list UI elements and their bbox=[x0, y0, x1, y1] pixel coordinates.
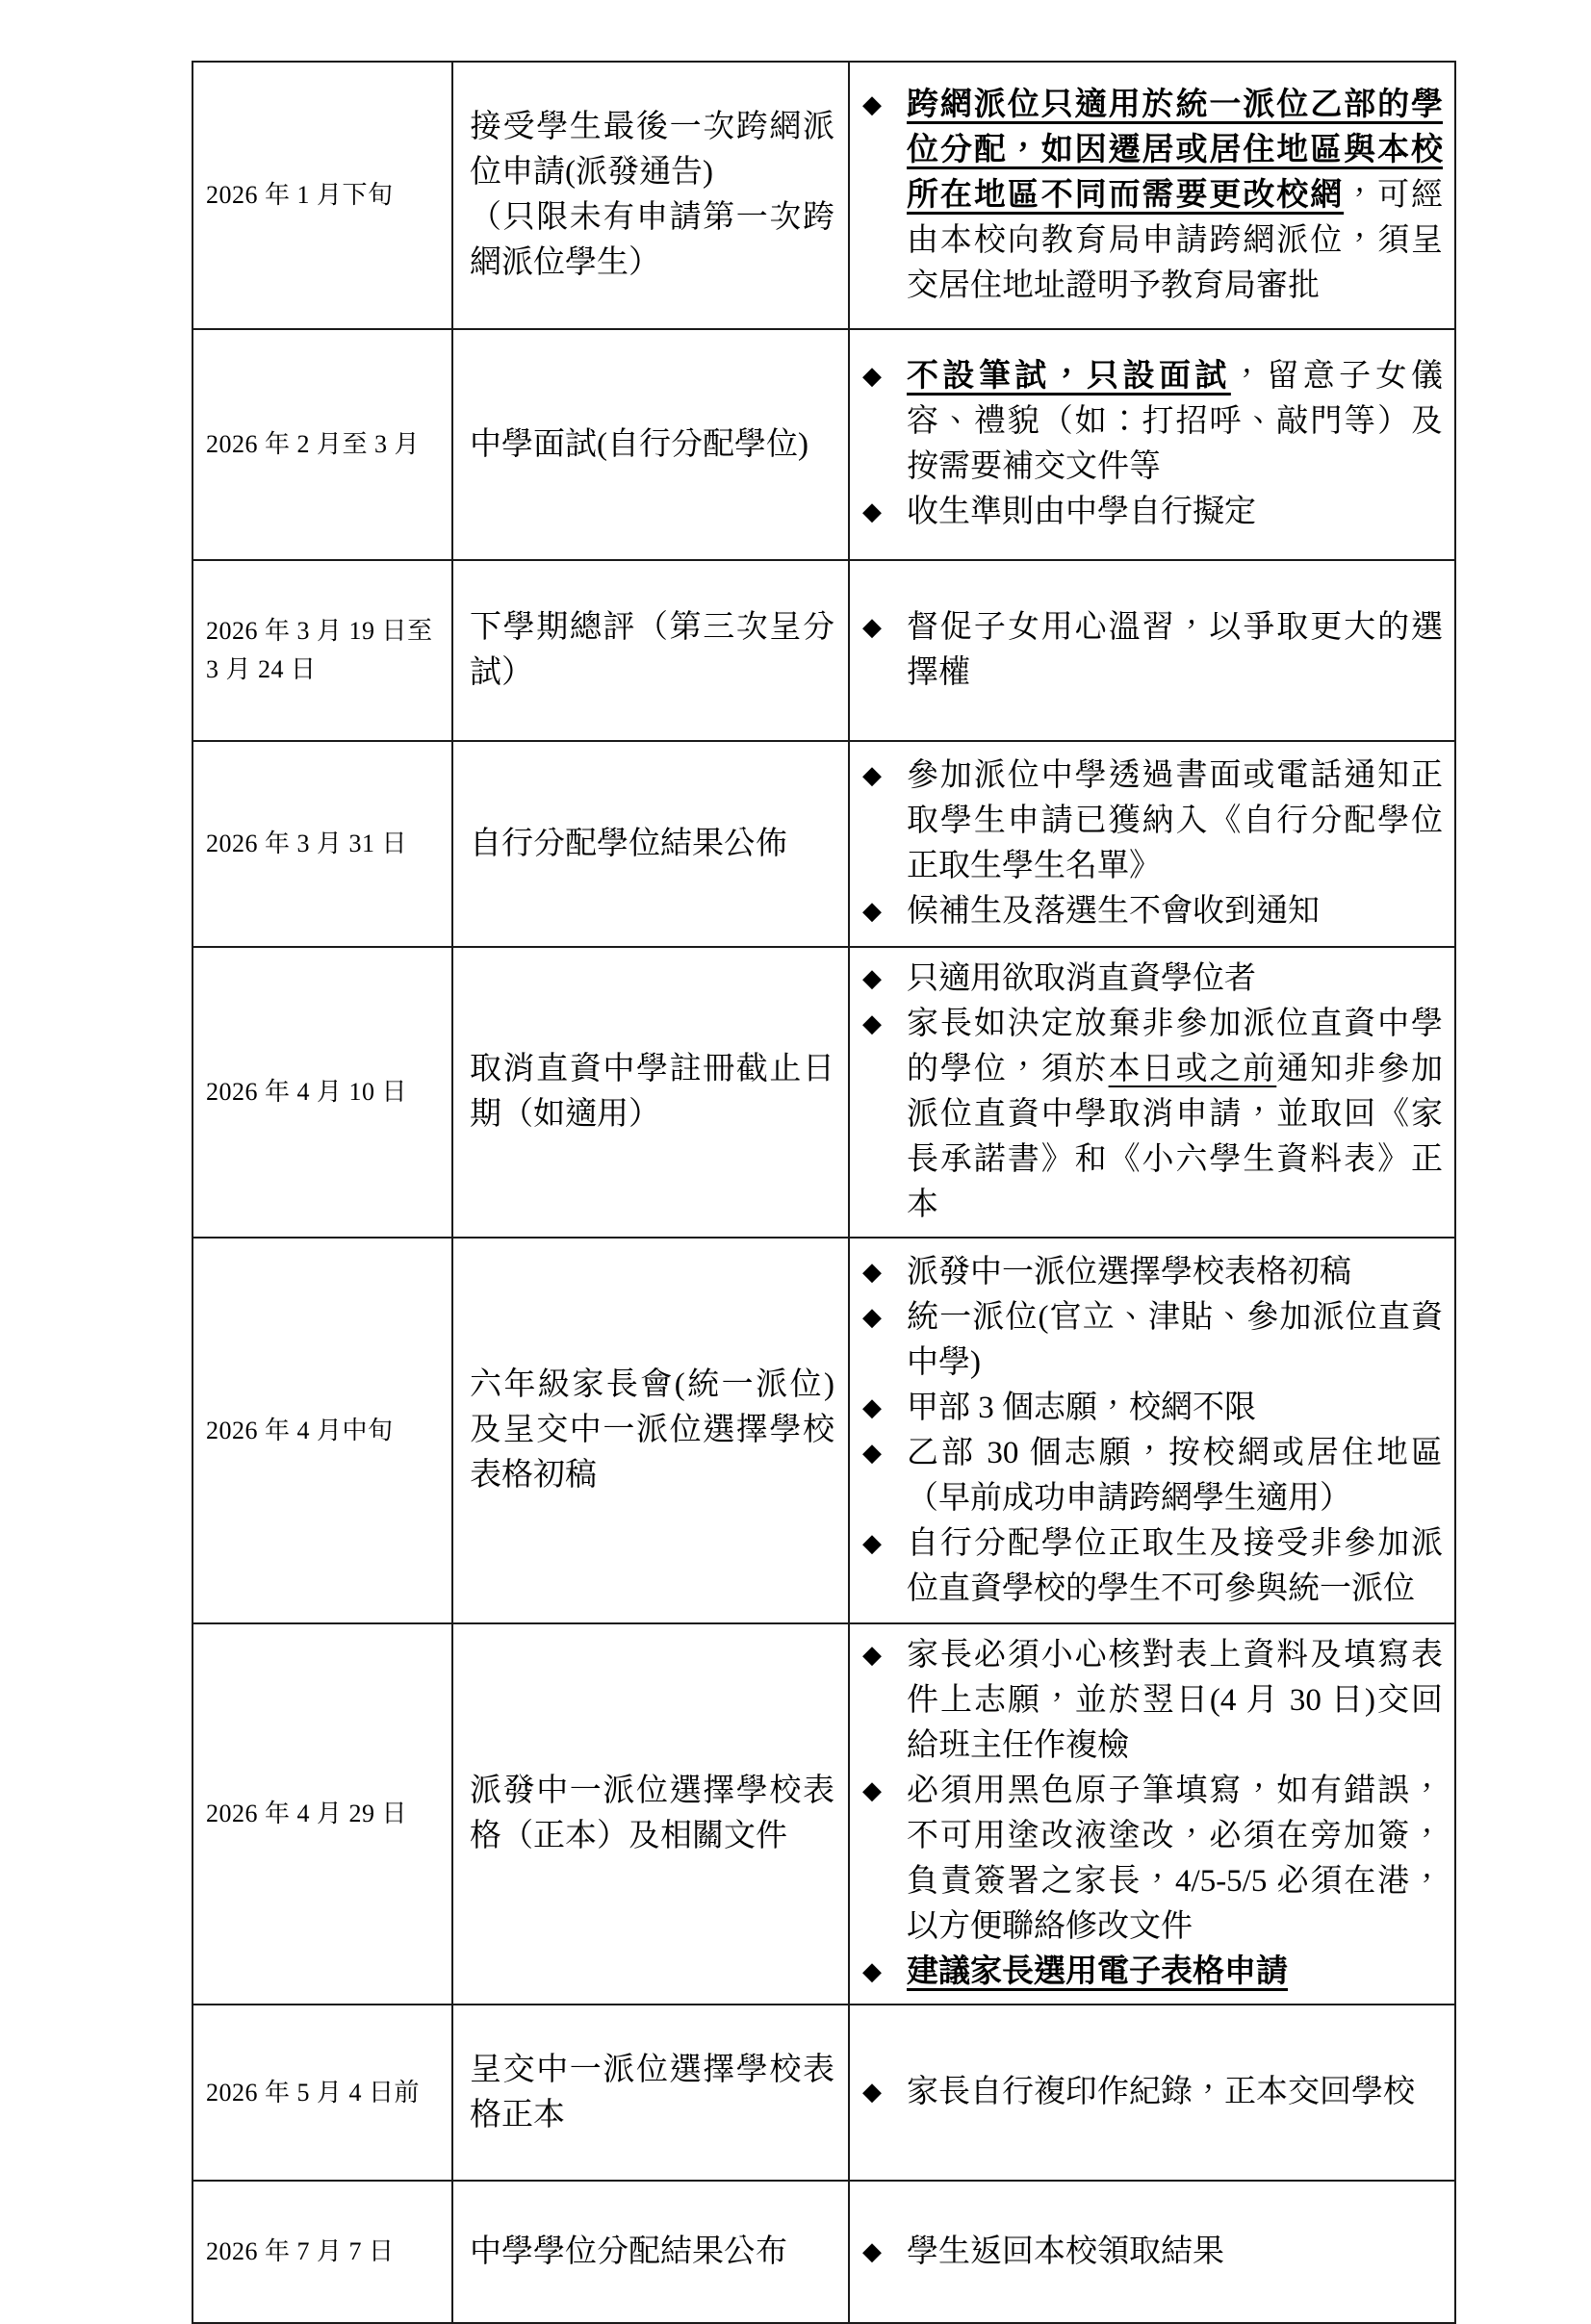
diamond-bullet-icon: ◆ bbox=[858, 753, 907, 799]
bullet-text: 只適用欲取消直資學位者 bbox=[907, 957, 1443, 1002]
bullet-item: ◆ 收生準則由中學自行擬定 bbox=[858, 490, 1443, 535]
bullet-text: 收生準則由中學自行擬定 bbox=[907, 490, 1443, 535]
notes-cell: ◆ 跨網派位只適用於統一派位乙部的學位分配，如因遷居或居住地區與本校所在地區不同… bbox=[849, 62, 1455, 329]
text-segment: 不設筆試，只設面試 bbox=[907, 359, 1231, 394]
event-line: 六年級家長會(統一派位)及呈交中一派位選擇學校表格初稿 bbox=[470, 1363, 834, 1498]
bullet-text: 必須用黑色原子筆填寫，如有錯誤，不可用塗改液塗改，必須在旁加簽，負責簽署之家長，… bbox=[907, 1769, 1443, 1950]
table-body: 2026 年 1 月下旬 接受學生最後一次跨網派位申請(派發通告)（只限未有申請… bbox=[192, 62, 1455, 2323]
diamond-bullet-icon: ◆ bbox=[858, 2230, 907, 2275]
text-segment: 乙部 30 個志願，按校網或居住地區（早前成功申請跨網學生適用） bbox=[907, 1436, 1443, 1516]
notes-cell: ◆ 學生返回本校領取結果 bbox=[849, 2181, 1455, 2323]
diamond-bullet-icon: ◆ bbox=[858, 2070, 907, 2115]
event-line: 自行分配學位結果公佈 bbox=[470, 822, 834, 867]
diamond-bullet-icon: ◆ bbox=[858, 354, 907, 399]
allocation-timeline-table: 2026 年 1 月下旬 接受學生最後一次跨網派位申請(派發通告)（只限未有申請… bbox=[192, 61, 1456, 2324]
event-line: 接受學生最後一次跨網派位申請(派發通告) bbox=[470, 105, 834, 195]
diamond-bullet-icon: ◆ bbox=[858, 1295, 907, 1341]
bullet-text: 不設筆試，只設面試，留意子女儀容、禮貌（如：打招呼、敲門等）及按需要補交文件等 bbox=[907, 354, 1443, 490]
bullet-item: ◆ 必須用黑色原子筆填寫，如有錯誤，不可用塗改液塗改，必須在旁加簽，負責簽署之家… bbox=[858, 1769, 1443, 1950]
text-segment: 派發中一派位選擇學校表格初稿 bbox=[907, 1255, 1351, 1290]
date-cell: 2026 年 4 月 29 日 bbox=[192, 1623, 452, 2005]
bullet-text: 乙部 30 個志願，按校網或居住地區（早前成功申請跨網學生適用） bbox=[907, 1431, 1443, 1521]
diamond-bullet-icon: ◆ bbox=[858, 1950, 907, 1995]
notes-cell: ◆ 家長必須小心核對表上資料及填寫表件上志願，並於翌日(4 月 30 日)交回給… bbox=[849, 1623, 1455, 2005]
text-segment: 候補生及落選生不會收到通知 bbox=[907, 894, 1320, 929]
date-cell: 2026 年 7 月 7 日 bbox=[192, 2181, 452, 2323]
diamond-bullet-icon: ◆ bbox=[858, 605, 907, 651]
event-cell: 中學面試(自行分配學位) bbox=[452, 329, 849, 560]
text-segment: 建議家長選用電子表格申請 bbox=[907, 1954, 1288, 1989]
event-cell: 取消直資中學註冊截止日期（如適用） bbox=[452, 947, 849, 1238]
date-cell: 2026 年 4 月中旬 bbox=[192, 1238, 452, 1623]
event-cell: 下學期總評（第三次呈分試） bbox=[452, 560, 849, 741]
diamond-bullet-icon: ◆ bbox=[858, 1431, 907, 1476]
bullet-text: 學生返回本校領取結果 bbox=[907, 2230, 1443, 2275]
event-cell: 派發中一派位選擇學校表格（正本）及相關文件 bbox=[452, 1623, 849, 2005]
bullet-text: 跨網派位只適用於統一派位乙部的學位分配，如因遷居或居住地區與本校所在地區不同而需… bbox=[907, 83, 1443, 309]
bullet-item: ◆ 建議家長選用電子表格申請 bbox=[858, 1950, 1443, 1995]
diamond-bullet-icon: ◆ bbox=[858, 1250, 907, 1295]
diamond-bullet-icon: ◆ bbox=[858, 1521, 907, 1567]
bullet-text: 甲部 3 個志願，校網不限 bbox=[907, 1386, 1443, 1431]
text-segment: 參加派位中學透過書面或電話通知正取學生申請已獲納入《自行分配學位正取生學生名單》 bbox=[907, 758, 1443, 883]
text-segment: 學生返回本校領取結果 bbox=[907, 2235, 1224, 2269]
bullet-text: 家長自行複印作紀錄，正本交回學校 bbox=[907, 2070, 1443, 2115]
bullet-text: 自行分配學位正取生及接受非參加派位直資學校的學生不可參與統一派位 bbox=[907, 1521, 1443, 1612]
text-segment: 本日或之前 bbox=[1109, 1052, 1277, 1086]
event-cell: 中學學位分配結果公布 bbox=[452, 2181, 849, 2323]
date-cell: 2026 年 1 月下旬 bbox=[192, 62, 452, 329]
bullet-item: ◆ 參加派位中學透過書面或電話通知正取學生申請已獲納入《自行分配學位正取生學生名… bbox=[858, 753, 1443, 889]
text-segment: 必須用黑色原子筆填寫，如有錯誤，不可用塗改液塗改，必須在旁加簽，負責簽署之家長，… bbox=[907, 1774, 1443, 1944]
text-segment: 督促子女用心溫習，以爭取更大的選擇權 bbox=[907, 610, 1443, 690]
bullet-item: ◆ 乙部 30 個志願，按校網或居住地區（早前成功申請跨網學生適用） bbox=[858, 1431, 1443, 1521]
bullet-text: 家長必須小心核對表上資料及填寫表件上志願，並於翌日(4 月 30 日)交回給班主… bbox=[907, 1633, 1443, 1769]
event-cell: 接受學生最後一次跨網派位申請(派發通告)（只限未有申請第一次跨網派位學生） bbox=[452, 62, 849, 329]
table-row: 2026 年 4 月中旬 六年級家長會(統一派位)及呈交中一派位選擇學校表格初稿… bbox=[192, 1238, 1455, 1623]
text-segment: 收生準則由中學自行擬定 bbox=[907, 495, 1256, 529]
table-row: 2026 年 4 月 10 日 取消直資中學註冊截止日期（如適用） ◆ 只適用欲… bbox=[192, 947, 1455, 1238]
diamond-bullet-icon: ◆ bbox=[858, 889, 907, 934]
bullet-text: 候補生及落選生不會收到通知 bbox=[907, 889, 1443, 934]
bullet-item: ◆ 統一派位(官立、津貼、參加派位直資中學) bbox=[858, 1295, 1443, 1386]
document-page: { "page": { "background_color": "#ffffff… bbox=[0, 0, 1591, 2251]
date-cell: 2026 年 2 月至 3 月 bbox=[192, 329, 452, 560]
text-segment: 家長必須小心核對表上資料及填寫表件上志願，並於翌日(4 月 30 日)交回給班主… bbox=[907, 1638, 1443, 1763]
diamond-bullet-icon: ◆ bbox=[858, 957, 907, 1002]
event-line: 中學面試(自行分配學位) bbox=[470, 422, 834, 468]
diamond-bullet-icon: ◆ bbox=[858, 83, 907, 128]
text-segment: 家長自行複印作紀錄，正本交回學校 bbox=[907, 2075, 1415, 2109]
bullet-item: ◆ 家長必須小心核對表上資料及填寫表件上志願，並於翌日(4 月 30 日)交回給… bbox=[858, 1633, 1443, 1769]
text-segment: 自行分配學位正取生及接受非參加派位直資學校的學生不可參與統一派位 bbox=[907, 1526, 1443, 1606]
bullet-item: ◆ 家長如決定放棄非參加派位直資中學的學位，須於本日或之前通知非參加派位直資中學… bbox=[858, 1002, 1443, 1228]
notes-cell: ◆ 督促子女用心溫習，以爭取更大的選擇權 bbox=[849, 560, 1455, 741]
diamond-bullet-icon: ◆ bbox=[858, 1633, 907, 1678]
table-row: 2026 年 3 月 31 日 自行分配學位結果公佈 ◆ 參加派位中學透過書面或… bbox=[192, 741, 1455, 947]
event-line: 中學學位分配結果公布 bbox=[470, 2230, 834, 2275]
diamond-bullet-icon: ◆ bbox=[858, 1002, 907, 1047]
event-cell: 呈交中一派位選擇學校表格正本 bbox=[452, 2005, 849, 2181]
bullet-item: ◆ 只適用欲取消直資學位者 bbox=[858, 957, 1443, 1002]
event-cell: 自行分配學位結果公佈 bbox=[452, 741, 849, 947]
date-cell: 2026 年 3 月 19 日至 3 月 24 日 bbox=[192, 560, 452, 741]
bullet-text: 統一派位(官立、津貼、參加派位直資中學) bbox=[907, 1295, 1443, 1386]
bullet-item: ◆ 自行分配學位正取生及接受非參加派位直資學校的學生不可參與統一派位 bbox=[858, 1521, 1443, 1612]
event-line: （只限未有申請第一次跨網派位學生） bbox=[470, 195, 834, 286]
table-row: 2026 年 4 月 29 日 派發中一派位選擇學校表格（正本）及相關文件 ◆ … bbox=[192, 1623, 1455, 2005]
notes-cell: ◆ 家長自行複印作紀錄，正本交回學校 bbox=[849, 2005, 1455, 2181]
table-row: 2026 年 1 月下旬 接受學生最後一次跨網派位申請(派發通告)（只限未有申請… bbox=[192, 62, 1455, 329]
bullet-text: 派發中一派位選擇學校表格初稿 bbox=[907, 1250, 1443, 1295]
notes-cell: ◆ 只適用欲取消直資學位者 ◆ 家長如決定放棄非參加派位直資中學的學位，須於本日… bbox=[849, 947, 1455, 1238]
table-row: 2026 年 3 月 19 日至 3 月 24 日 下學期總評（第三次呈分試） … bbox=[192, 560, 1455, 741]
notes-cell: ◆ 不設筆試，只設面試，留意子女儀容、禮貌（如：打招呼、敲門等）及按需要補交文件… bbox=[849, 329, 1455, 560]
event-line: 取消直資中學註冊截止日期（如適用） bbox=[470, 1047, 834, 1137]
date-cell: 2026 年 4 月 10 日 bbox=[192, 947, 452, 1238]
date-cell: 2026 年 5 月 4 日前 bbox=[192, 2005, 452, 2181]
notes-cell: ◆ 參加派位中學透過書面或電話通知正取學生申請已獲納入《自行分配學位正取生學生名… bbox=[849, 741, 1455, 947]
bullet-item: ◆ 派發中一派位選擇學校表格初稿 bbox=[858, 1250, 1443, 1295]
notes-cell: ◆ 派發中一派位選擇學校表格初稿 ◆ 統一派位(官立、津貼、參加派位直資中學) … bbox=[849, 1238, 1455, 1623]
bullet-text: 督促子女用心溫習，以爭取更大的選擇權 bbox=[907, 605, 1443, 696]
table-row: 2026 年 5 月 4 日前 呈交中一派位選擇學校表格正本 ◆ 家長自行複印作… bbox=[192, 2005, 1455, 2181]
bullet-item: ◆ 甲部 3 個志願，校網不限 bbox=[858, 1386, 1443, 1431]
bullet-item: ◆ 家長自行複印作紀錄，正本交回學校 bbox=[858, 2070, 1443, 2115]
text-segment: 甲部 3 個志願，校網不限 bbox=[907, 1391, 1256, 1425]
bullet-text: 家長如決定放棄非參加派位直資中學的學位，須於本日或之前通知非參加派位直資中學取消… bbox=[907, 1002, 1443, 1228]
event-cell: 六年級家長會(統一派位)及呈交中一派位選擇學校表格初稿 bbox=[452, 1238, 849, 1623]
bullet-item: ◆ 學生返回本校領取結果 bbox=[858, 2230, 1443, 2275]
table-row: 2026 年 7 月 7 日 中學學位分配結果公布 ◆ 學生返回本校領取結果 bbox=[192, 2181, 1455, 2323]
event-line: 派發中一派位選擇學校表格（正本）及相關文件 bbox=[470, 1769, 834, 1859]
bullet-item: ◆ 不設筆試，只設面試，留意子女儀容、禮貌（如：打招呼、敲門等）及按需要補交文件… bbox=[858, 354, 1443, 490]
table-row: 2026 年 2 月至 3 月 中學面試(自行分配學位) ◆ 不設筆試，只設面試… bbox=[192, 329, 1455, 560]
bullet-text: 建議家長選用電子表格申請 bbox=[907, 1950, 1443, 1995]
date-cell: 2026 年 3 月 31 日 bbox=[192, 741, 452, 947]
event-line: 下學期總評（第三次呈分試） bbox=[470, 605, 834, 696]
text-segment: 統一派位(官立、津貼、參加派位直資中學) bbox=[907, 1300, 1443, 1380]
text-segment: 只適用欲取消直資學位者 bbox=[907, 961, 1256, 996]
diamond-bullet-icon: ◆ bbox=[858, 1769, 907, 1814]
bullet-item: ◆ 候補生及落選生不會收到通知 bbox=[858, 889, 1443, 934]
diamond-bullet-icon: ◆ bbox=[858, 1386, 907, 1431]
diamond-bullet-icon: ◆ bbox=[858, 490, 907, 535]
bullet-item: ◆ 督促子女用心溫習，以爭取更大的選擇權 bbox=[858, 605, 1443, 696]
bullet-text: 參加派位中學透過書面或電話通知正取學生申請已獲納入《自行分配學位正取生學生名單》 bbox=[907, 753, 1443, 889]
bullet-item: ◆ 跨網派位只適用於統一派位乙部的學位分配，如因遷居或居住地區與本校所在地區不同… bbox=[858, 83, 1443, 309]
event-line: 呈交中一派位選擇學校表格正本 bbox=[470, 2048, 834, 2138]
